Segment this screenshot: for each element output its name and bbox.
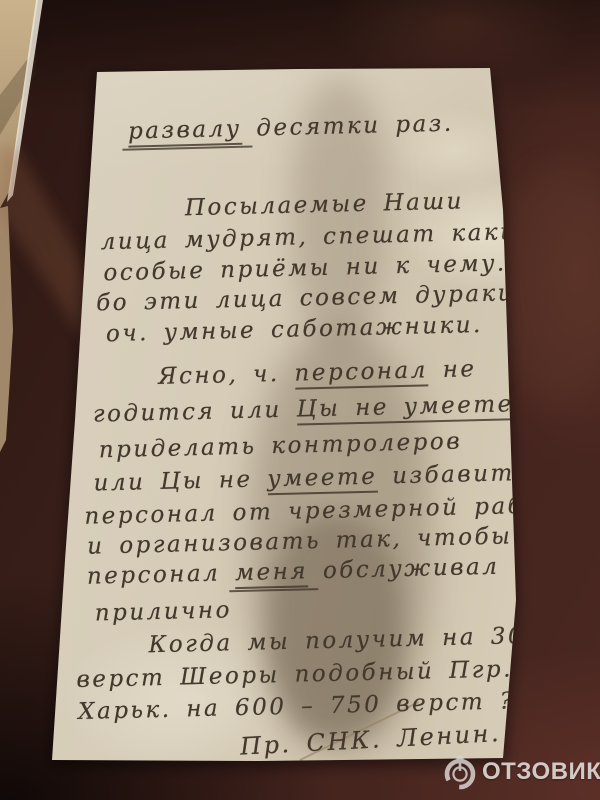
glass-glare-right [496,165,600,405]
handwriting-line: прилично [94,597,232,626]
handwriting-line: годится или Цы не умеете [93,391,514,427]
handwriting-line: оч. умные саботажники. [106,312,483,347]
adjacent-paper-sliver [0,206,13,452]
handwriting-line: персонал меня обслуживал [87,554,500,590]
framed-letter-photo: развалу десятки раз. Посылаемые Наши лиц… [0,0,600,800]
underlined-word: развалу [128,116,242,148]
underlined-word: Цы не умеете [296,391,514,425]
handwriting-line: Харьк. на 600 – 750 верст ? [78,688,515,725]
watermark: ОТЗОВИК [441,751,600,793]
underlined-word: меня [235,558,309,589]
handwriting-line: Когда мы получим на 30-40 [148,622,570,658]
handwriting-line: приделать контролеров [98,429,462,464]
watermark-text: ОТЗОВИК [482,758,600,786]
underlined-word: персонал [294,357,428,389]
handwriting-line: Посылаемые Наши [185,188,465,221]
handwriting-line: развалу десятки раз. [128,111,454,145]
handwriting-block: развалу десятки раз. Посылаемые Наши лиц… [70,79,547,790]
handwriting-line: или Цы не умеете избавить [93,460,530,497]
handwriting-line: верст Шеоры подобный Пгр. и [76,656,545,693]
otzovik-ring-icon [441,753,479,791]
underlined-word: умеете [267,464,378,496]
handwriting-line: Ясно, ч. персонал не [158,356,477,390]
